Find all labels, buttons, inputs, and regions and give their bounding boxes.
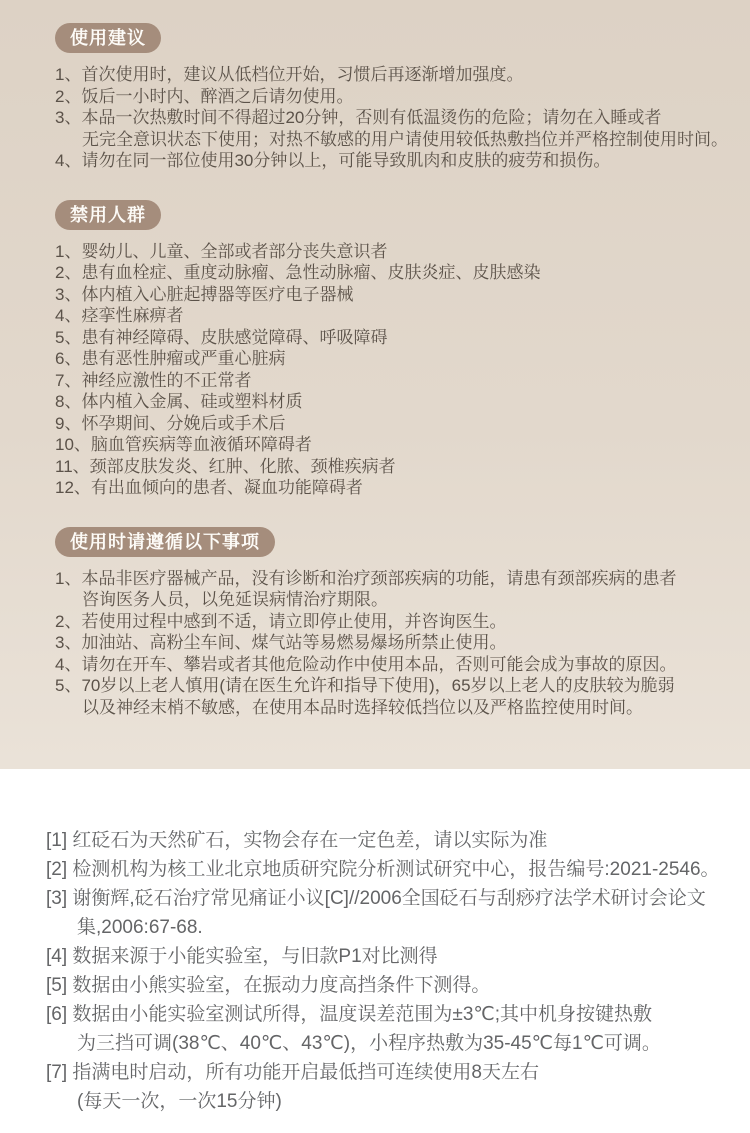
list-item: 11、颈部皮肤发炎、红肿、化脓、颈椎疾病者: [55, 456, 740, 478]
list-item-text: 2、饭后一小时内、醉酒之后请勿使用。: [55, 86, 740, 108]
list-item: 2、患有血栓症、重度动脉瘤、急性动脉瘤、皮肤炎症、皮肤感染: [55, 262, 740, 284]
footnote-text: (每天一次，一次15分钟): [46, 1087, 744, 1116]
list-item-text: 5、70岁以上老人慎用(请在医生允许和指导下使用)，65岁以上老人的皮肤较为脆弱: [55, 675, 740, 697]
footnote: [1] 红砭石为天然矿石，实物会存在一定色差，请以实际为准: [46, 826, 744, 855]
footnote-text: [4] 数据来源于小能实验室，与旧款P1对比测得: [46, 942, 744, 971]
list-item: 8、体内植入金属、硅或塑料材质: [55, 391, 740, 413]
list-item: 5、患有神经障碍、皮肤感觉障碍、呼吸障碍: [55, 327, 740, 349]
list-item-text: 9、怀孕期间、分娩后或手术后: [55, 413, 740, 435]
list-item: 3、体内植入心脏起搏器等医疗电子器械: [55, 284, 740, 306]
footnote-text: [2] 检测机构为核工业北京地质研究院分析测试研究中心，报告编号:2021-25…: [46, 855, 744, 884]
list-item: 1、本品非医疗器械产品，没有诊断和治疗颈部疾病的功能，请患有颈部疾病的患者 咨询…: [55, 568, 740, 611]
list-item: 5、70岁以上老人慎用(请在医生允许和指导下使用)，65岁以上老人的皮肤较为脆弱…: [55, 675, 740, 718]
list-item-text: 3、体内植入心脏起搏器等医疗电子器械: [55, 284, 740, 306]
list-item-text: 10、脑血管疾病等血液循环障碍者: [55, 434, 740, 456]
list-item: 7、神经应激性的不正常者: [55, 370, 740, 392]
footnote-text: [7] 指满电时启动，所有功能开启最低挡可连续使用8天左右: [46, 1058, 744, 1087]
list-item: 2、饭后一小时内、醉酒之后请勿使用。: [55, 86, 740, 108]
footnotes-section: [1] 红砭石为天然矿石，实物会存在一定色差，请以实际为准 [2] 检测机构为核…: [0, 769, 750, 1116]
footnote-text: [1] 红砭石为天然矿石，实物会存在一定色差，请以实际为准: [46, 826, 744, 855]
section-title-pill-usage-precautions: 使用时请遵循以下事项: [55, 527, 275, 557]
list-item: 6、患有恶性肿瘤或严重心脏病: [55, 348, 740, 370]
list-item-text: 3、加油站、高粉尘车间、煤气站等易燃易爆场所禁止使用。: [55, 632, 740, 654]
footnote: [5] 数据由小熊实验室，在振动力度高挡条件下测得。: [46, 971, 744, 1000]
list-item-text: 7、神经应激性的不正常者: [55, 370, 740, 392]
footnote: [3] 谢衡辉,砭石治疗常见痛证小议[C]//2006全国砭石与刮痧疗法学术研讨…: [46, 884, 744, 942]
list-item-text: 5、患有神经障碍、皮肤感觉障碍、呼吸障碍: [55, 327, 740, 349]
list-item: 1、首次使用时，建议从低档位开始，习惯后再逐渐增加强度。: [55, 64, 740, 86]
list-item: 2、若使用过程中感到不适，请立即停止使用，并咨询医生。: [55, 611, 740, 633]
list-item: 10、脑血管疾病等血液循环障碍者: [55, 434, 740, 456]
list-item-text: 4、痉挛性麻痹者: [55, 305, 740, 327]
list-item: 4、痉挛性麻痹者: [55, 305, 740, 327]
list-item-text: 4、请勿在同一部位使用30分钟以上，可能导致肌肉和皮肤的疲劳和损伤。: [55, 150, 740, 172]
usage-notice-panel: 使用建议 1、首次使用时，建议从低档位开始，习惯后再逐渐增加强度。 2、饭后一小…: [0, 0, 750, 769]
footnote: [7] 指满电时启动，所有功能开启最低挡可连续使用8天左右 (每天一次，一次15…: [46, 1058, 744, 1116]
prohibited-groups-list: 1、婴幼儿、儿童、全部或者部分丧失意识者 2、患有血栓症、重度动脉瘤、急性动脉瘤…: [55, 241, 740, 499]
list-item-text: 6、患有恶性肿瘤或严重心脏病: [55, 348, 740, 370]
list-item: 9、怀孕期间、分娩后或手术后: [55, 413, 740, 435]
list-item-text: 1、首次使用时，建议从低档位开始，习惯后再逐渐增加强度。: [55, 64, 740, 86]
list-item-text: 12、有出血倾向的患者、凝血功能障碍者: [55, 477, 740, 499]
list-item: 3、加油站、高粉尘车间、煤气站等易燃易爆场所禁止使用。: [55, 632, 740, 654]
list-item-text: 无完全意识状态下使用；对热不敏感的用户请使用较低热敷挡位并严格控制使用时间。: [55, 129, 740, 151]
footnote-text: 为三挡可调(38℃、40℃、43℃)，小程序热敷为35-45℃每1℃可调。: [46, 1029, 744, 1058]
section-title-pill-prohibited-groups: 禁用人群: [55, 200, 161, 230]
list-item-text: 咨询医务人员，以免延误病情治疗期限。: [55, 589, 740, 611]
list-item: 4、请勿在同一部位使用30分钟以上，可能导致肌肉和皮肤的疲劳和损伤。: [55, 150, 740, 172]
list-item-text: 3、本品一次热敷时间不得超过20分钟，否则有低温烫伤的危险；请勿在入睡或者: [55, 107, 740, 129]
footnote-text: [6] 数据由小能实验室测试所得，温度误差范围为±3℃;其中机身按键热敷: [46, 1000, 744, 1029]
list-item-text: 8、体内植入金属、硅或塑料材质: [55, 391, 740, 413]
list-item: 3、本品一次热敷时间不得超过20分钟，否则有低温烫伤的危险；请勿在入睡或者 无完…: [55, 107, 740, 150]
list-item-text: 4、请勿在开车、攀岩或者其他危险动作中使用本品，否则可能会成为事故的原因。: [55, 654, 740, 676]
usage-advice-list: 1、首次使用时，建议从低档位开始，习惯后再逐渐增加强度。 2、饭后一小时内、醉酒…: [55, 64, 740, 172]
list-item: 1、婴幼儿、儿童、全部或者部分丧失意识者: [55, 241, 740, 263]
footnote: [2] 检测机构为核工业北京地质研究院分析测试研究中心，报告编号:2021-25…: [46, 855, 744, 884]
section-usage-advice: 使用建议 1、首次使用时，建议从低档位开始，习惯后再逐渐增加强度。 2、饭后一小…: [55, 23, 740, 172]
footnote-text: [5] 数据由小熊实验室，在振动力度高挡条件下测得。: [46, 971, 744, 1000]
list-item-text: 2、患有血栓症、重度动脉瘤、急性动脉瘤、皮肤炎症、皮肤感染: [55, 262, 740, 284]
list-item: 4、请勿在开车、攀岩或者其他危险动作中使用本品，否则可能会成为事故的原因。: [55, 654, 740, 676]
usage-precautions-list: 1、本品非医疗器械产品，没有诊断和治疗颈部疾病的功能，请患有颈部疾病的患者 咨询…: [55, 568, 740, 719]
list-item-text: 11、颈部皮肤发炎、红肿、化脓、颈椎疾病者: [55, 456, 740, 478]
list-item: 12、有出血倾向的患者、凝血功能障碍者: [55, 477, 740, 499]
section-title-pill-usage-advice: 使用建议: [55, 23, 161, 53]
list-item-text: 1、本品非医疗器械产品，没有诊断和治疗颈部疾病的功能，请患有颈部疾病的患者: [55, 568, 740, 590]
list-item-text: 1、婴幼儿、儿童、全部或者部分丧失意识者: [55, 241, 740, 263]
footnote-text: 集,2006:67-68.: [46, 913, 744, 942]
footnote: [4] 数据来源于小能实验室，与旧款P1对比测得: [46, 942, 744, 971]
section-prohibited-groups: 禁用人群 1、婴幼儿、儿童、全部或者部分丧失意识者 2、患有血栓症、重度动脉瘤、…: [55, 200, 740, 499]
list-item-text: 2、若使用过程中感到不适，请立即停止使用，并咨询医生。: [55, 611, 740, 633]
footnote-text: [3] 谢衡辉,砭石治疗常见痛证小议[C]//2006全国砭石与刮痧疗法学术研讨…: [46, 884, 744, 913]
list-item-text: 以及神经末梢不敏感，在使用本品时选择较低挡位以及严格监控使用时间。: [55, 697, 740, 719]
footnote: [6] 数据由小能实验室测试所得，温度误差范围为±3℃;其中机身按键热敷 为三挡…: [46, 1000, 744, 1058]
section-usage-precautions: 使用时请遵循以下事项 1、本品非医疗器械产品，没有诊断和治疗颈部疾病的功能，请患…: [55, 527, 740, 719]
